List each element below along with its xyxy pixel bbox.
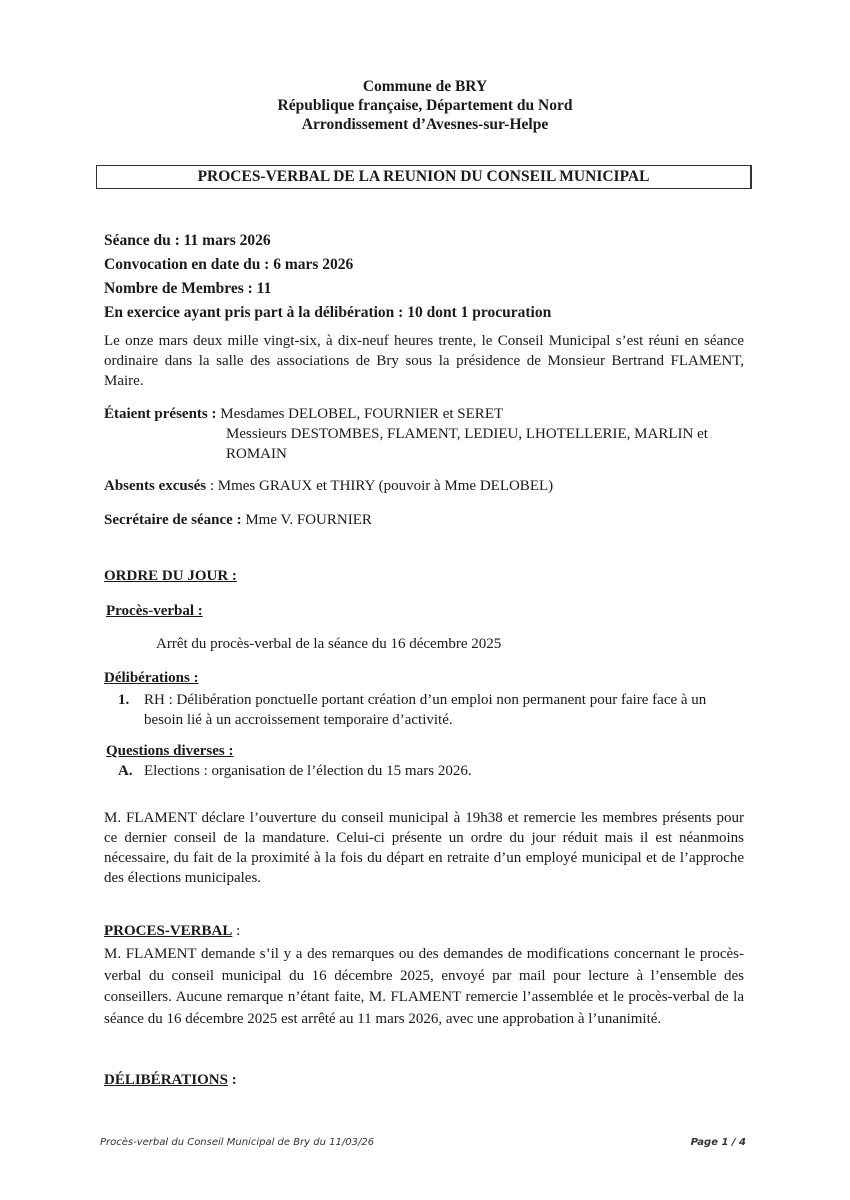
pv-section-heading: PROCES-VERBAL bbox=[104, 923, 232, 939]
deliberations-subheading: Délibérations : bbox=[104, 670, 199, 687]
deliberations-section-heading: DÉLIBÉRATIONS bbox=[104, 1072, 228, 1088]
proces-verbal-subheading: Procès-verbal : bbox=[106, 603, 203, 620]
question-item: A. Elections : organisation de l’électio… bbox=[118, 763, 472, 780]
session-meta: Séance du : 11 mars 2026 Convocation en … bbox=[104, 229, 551, 325]
opening-paragraph: M. FLAMENT déclare l’ouverture du consei… bbox=[104, 808, 744, 888]
presents-block: Étaient présents : Mesdames DELOBEL, FOU… bbox=[104, 404, 503, 424]
secretaire-line: Secrétaire de séance : Mme V. FOURNIER bbox=[104, 512, 372, 529]
footer-document-reference: Procès-verbal du Conseil Municipal de Br… bbox=[100, 1137, 374, 1148]
arrondissement: Arrondissement d’Avesnes-sur-Helpe bbox=[0, 115, 850, 134]
deliberations-section-colon: : bbox=[228, 1072, 237, 1088]
questions-subheading: Questions diverses : bbox=[106, 743, 234, 760]
page-number: Page 1 / 4 bbox=[691, 1137, 746, 1148]
convocation-date: Convocation en date du : 6 mars 2026 bbox=[104, 253, 551, 277]
question-letter: A. bbox=[118, 763, 144, 780]
question-text: Elections : organisation de l’élection d… bbox=[144, 763, 472, 780]
pv-section-colon: : bbox=[232, 923, 240, 939]
document-header: Commune de BRY République française, Dép… bbox=[0, 77, 850, 134]
republic-department: République française, Département du Nor… bbox=[0, 96, 850, 115]
proces-verbal-item: Arrêt du procès-verbal de la séance du 1… bbox=[156, 636, 501, 653]
presents-label: Étaient présents : bbox=[104, 406, 217, 422]
presents-messieurs: Messieurs DESTOMBES, FLAMENT, LEDIEU, LH… bbox=[226, 424, 746, 464]
absents-line: Absents excusés : Mmes GRAUX et THIRY (p… bbox=[104, 478, 553, 495]
deliberation-number: 1. bbox=[118, 690, 144, 730]
deliberations-section-heading-line: DÉLIBÉRATIONS : bbox=[104, 1072, 237, 1089]
pv-section-heading-line: PROCES-VERBAL : bbox=[104, 923, 240, 940]
secretaire-label: Secrétaire de séance : bbox=[104, 512, 242, 528]
intro-paragraph: Le onze mars deux mille vingt-six, à dix… bbox=[104, 331, 744, 391]
deliberation-item: 1. RH : Délibération ponctuelle portant … bbox=[118, 690, 748, 730]
seance-date: Séance du : 11 mars 2026 bbox=[104, 229, 551, 253]
document-title: PROCES-VERBAL DE LA REUNION DU CONSEIL M… bbox=[96, 165, 752, 189]
pv-section-text: M. FLAMENT demande s’il y a des remarque… bbox=[104, 944, 744, 1030]
commune-name: Commune de BRY bbox=[0, 77, 850, 96]
absents-value: : Mmes GRAUX et THIRY (pouvoir à Mme DEL… bbox=[206, 478, 553, 494]
presents-mesdames: Mesdames DELOBEL, FOURNIER et SERET bbox=[220, 406, 503, 422]
page-footer: Procès-verbal du Conseil Municipal de Br… bbox=[100, 1137, 746, 1148]
absents-label: Absents excusés bbox=[104, 478, 206, 494]
ordre-du-jour-heading: ORDRE DU JOUR : bbox=[104, 568, 237, 585]
secretaire-value: Mme V. FOURNIER bbox=[242, 512, 372, 528]
participants-count: En exercice ayant pris part à la délibér… bbox=[104, 301, 551, 325]
deliberation-text: RH : Délibération ponctuelle portant cré… bbox=[144, 690, 748, 730]
members-count: Nombre de Membres : 11 bbox=[104, 277, 551, 301]
